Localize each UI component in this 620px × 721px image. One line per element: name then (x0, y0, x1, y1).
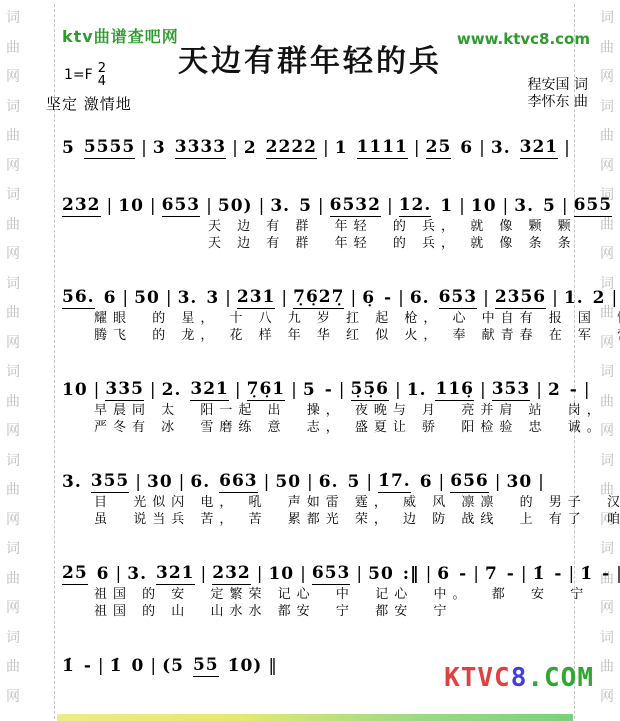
score-system: 3.355|30|6.663|50|6.5|1̇7.6|656|30|目 光似闪… (60, 461, 568, 527)
right-dashed-border (574, 4, 575, 719)
measure: 30 (507, 472, 533, 493)
barline: | (611, 288, 617, 309)
note-group: 50 (275, 472, 301, 493)
notation-row: 55555|33333|22222|11111|256|3.321| (60, 127, 568, 159)
measure: 335 (105, 379, 144, 401)
lyric-row: 祖国 的 山 山水水 都安 宁 都安 宁 (60, 604, 568, 619)
measure: 3.3 (178, 288, 220, 309)
tempo-marking: 坚定 激情地 (46, 93, 132, 114)
barline: | (503, 196, 509, 217)
barline: | (116, 564, 122, 585)
barline: | (495, 472, 501, 493)
barline: | (473, 564, 479, 585)
measure: 655 (574, 195, 613, 217)
note-group: 6 (104, 288, 117, 309)
watermark-char: 曲 (2, 653, 24, 683)
note-group: 5 (299, 196, 312, 217)
barline: | (395, 380, 401, 401)
note-group: 321 (190, 379, 229, 401)
measure: 6.653 (410, 287, 477, 309)
measure: 50:‖ (368, 564, 419, 585)
measure: 656 (450, 471, 489, 493)
score-system: 10|335|2.321|7̣6̣1|5-|5̣5̣6|1.116̣|353|2… (60, 369, 568, 435)
note-group: 1̇7. (378, 471, 411, 493)
barline: | (459, 196, 465, 217)
note-group: 1 (335, 138, 348, 159)
barline: | (536, 380, 542, 401)
lyric-row: 目 光似闪 电， 吼 声如雷 霆， 威 风 凛凛 的 男子 汉， (60, 495, 568, 510)
measure: 7̣6̣27̣ (293, 287, 344, 309)
note-group: 2222 (266, 137, 317, 159)
barline: | (426, 564, 432, 585)
measure: 33333 (153, 137, 226, 159)
barline: | (318, 196, 324, 217)
note-group: 1. (407, 380, 427, 401)
measure: 3.355 (62, 471, 129, 493)
note-group: - (602, 564, 610, 585)
measure: 5̣5̣6 (351, 379, 390, 401)
watermark-char: 曲 (2, 122, 24, 152)
measure: 22222 (244, 137, 317, 159)
note-group: 321 (156, 563, 195, 585)
note-group: 5̣5̣6 (351, 379, 390, 401)
note-group: - (84, 656, 92, 677)
note-group: 232 (212, 563, 251, 585)
barline: | (339, 380, 345, 401)
barline: | (225, 288, 231, 309)
barline: | (568, 564, 574, 585)
note-group: 25 (62, 563, 88, 585)
barline: | (179, 472, 185, 493)
measure: 2- (548, 380, 578, 401)
key-signature: 1=F 2 4 (64, 62, 106, 88)
composer-credit: 李怀东 曲 (528, 94, 588, 111)
note-group: 10 (118, 196, 144, 217)
note-group: 3 (153, 138, 166, 159)
note-group: 2356 (495, 287, 546, 309)
barline: | (291, 380, 297, 401)
measure: 50) (218, 196, 253, 217)
lyric-row: 严冬有 冰 雪磨练 意 志， 盛夏让 骄 阳检验 忠 诚。 (60, 420, 568, 435)
watermark-char: 网 (2, 152, 24, 182)
barline: | (479, 138, 485, 159)
lyric-row: 天 边 有 群 年轻 的 兵， 就 像 颗 颗 (60, 219, 568, 234)
measure: 3.321 (127, 563, 194, 585)
measure: 12.1 (399, 195, 453, 217)
lyric-row: 早晨同 太 阳一起 出 操， 夜晚与 月 亮并肩 站 岗， (60, 403, 568, 418)
note-group: 30 (507, 472, 533, 493)
barline: | (562, 196, 568, 217)
measure: 653 (162, 195, 201, 217)
measure: 10 (471, 196, 497, 217)
notation-row: 3.355|30|6.663|50|6.5|1̇7.6|656|30| (60, 461, 568, 493)
measure: 653 (312, 563, 351, 585)
watermark-char: 网 (596, 63, 618, 93)
measure: 6̣- (362, 288, 392, 309)
score-area: 55555|33333|22222|11111|256|3.321|232|10… (60, 127, 568, 703)
sheet-music-page: 词曲网词曲网词曲网词曲网词曲网词曲网词曲网词曲网 词曲网词曲网词曲网词曲网词曲网… (0, 0, 620, 721)
note-group: 5 (303, 380, 316, 401)
measure: 11111 (335, 137, 408, 159)
note-group: 653 (162, 195, 201, 217)
note-group: 3. (491, 138, 511, 159)
measure: 56.6 (62, 287, 116, 309)
barline: | (552, 288, 558, 309)
measure: 1̇0 (110, 656, 145, 677)
note-group: - (325, 380, 333, 401)
score-system: 256|3.321|232|10|653|50:‖|6-|7-|1̇-|1̇-|… (60, 553, 568, 619)
barline: | (414, 138, 420, 159)
watermark-char: 曲 (2, 388, 24, 418)
note-group: 2 (244, 138, 257, 159)
barline: | (480, 380, 486, 401)
measure: 231 (237, 287, 276, 309)
barline: | (350, 288, 356, 309)
measure: 3.5 (514, 196, 556, 217)
note-group: 3. (127, 564, 147, 585)
credits: 程安国 词 李怀东 曲 (528, 77, 588, 111)
note-group: 30 (147, 472, 173, 493)
measure: 7̣6̣1 (247, 379, 286, 401)
score-system: 56.6|50|3.3|231|7̣6̣27̣|6̣-|6.653|2356|1… (60, 277, 568, 343)
note-group: 7̣6̣27̣ (293, 287, 344, 309)
barline: | (584, 380, 590, 401)
note-group: 1̇ (580, 564, 593, 585)
barline: | (94, 380, 100, 401)
watermark-char: 曲 (2, 565, 24, 595)
lyricist-credit: 程安国 词 (528, 77, 588, 94)
key-label: 1=F (64, 67, 93, 83)
ktvc8-logo-link[interactable]: KTVC8.COM (444, 663, 594, 693)
bottom-gradient-bar (57, 714, 573, 721)
note-group: 6 (420, 472, 433, 493)
note-group: 1111 (357, 137, 408, 159)
lyric-row: 腾飞 的 龙， 花 样 年 华 红 似 火， 奉 献青春 在 军 营。 (60, 328, 568, 343)
logo-part-red: KTVC (444, 663, 511, 693)
barline: | (356, 564, 362, 585)
measure: 10 (62, 380, 88, 401)
barline: | (122, 288, 128, 309)
barline: | (366, 472, 372, 493)
barline: | (387, 196, 393, 217)
note-group: 10 (471, 196, 497, 217)
barline: ‖ (268, 656, 277, 677)
barline: | (150, 380, 156, 401)
barline: | (398, 288, 404, 309)
note-group: 50) (218, 196, 253, 217)
note-group: 6 (437, 564, 450, 585)
note-group: 3. (178, 288, 198, 309)
note-group: 2 (593, 288, 606, 309)
measure: 7- (485, 564, 515, 585)
watermark-left: 词曲网词曲网词曲网词曲网词曲网词曲网词曲网词曲网 (2, 4, 24, 712)
watermark-right: 词曲网词曲网词曲网词曲网词曲网词曲网词曲网词曲网 (596, 4, 618, 712)
note-group: 12. (399, 195, 432, 217)
measure: 2356 (495, 287, 546, 309)
note-group: 6532 (330, 195, 381, 217)
watermark-char: 词 (2, 270, 24, 300)
barline: | (166, 288, 172, 309)
measure: 6532 (330, 195, 381, 217)
watermark-char: 网 (596, 152, 618, 182)
note-group: 7̣6̣1 (247, 379, 286, 401)
measure: 1.2 (564, 288, 606, 309)
barline: | (98, 656, 104, 677)
note-group: 1̇ (533, 564, 546, 585)
watermark-char: 词 (2, 4, 24, 34)
note-group: 6. (410, 288, 430, 309)
note-group: 0 (131, 656, 144, 677)
measure: 6.663 (190, 471, 257, 493)
watermark-char: 词 (596, 358, 618, 388)
measure: 2.321 (162, 379, 229, 401)
measure: 1.116̣ (407, 379, 474, 401)
note-group: 5 (543, 196, 556, 217)
note-group: 10 (62, 380, 88, 401)
watermark-char: 词 (2, 181, 24, 211)
watermark-char: 曲 (2, 476, 24, 506)
watermark-char: 曲 (596, 122, 618, 152)
note-group: 56. (62, 287, 95, 309)
note-group: 1̇ (110, 656, 123, 677)
note-group: 5 (62, 138, 75, 159)
note-group: 6̣ (362, 288, 375, 309)
measure: 256 (62, 563, 110, 585)
barline: | (538, 472, 544, 493)
watermark-char: 网 (2, 63, 24, 93)
note-group: 1 (440, 196, 453, 217)
barline: | (206, 196, 212, 217)
watermark-char: 词 (2, 624, 24, 654)
note-group: 1̇0) (228, 656, 263, 677)
watermark-char: 网 (596, 240, 618, 270)
barline: | (521, 564, 527, 585)
notation-row: 56.6|50|3.3|231|7̣6̣27̣|6̣-|6.653|2356|1… (60, 277, 568, 309)
measure: (5551̇0) (162, 655, 262, 677)
watermark-char: 词 (2, 358, 24, 388)
watermark-char: 网 (2, 594, 24, 624)
watermark-char: 网 (2, 329, 24, 359)
note-group: 6. (319, 472, 339, 493)
watermark-char: 词 (2, 93, 24, 123)
watermark-char: 曲 (2, 299, 24, 329)
note-group: 5555 (84, 137, 135, 159)
note-group: 663 (219, 471, 258, 493)
note-group: 232 (62, 195, 101, 217)
note-group: 1̇ (62, 656, 75, 677)
barline: | (141, 138, 147, 159)
barline: | (483, 288, 489, 309)
note-group: 6 (460, 138, 473, 159)
note-group: - (554, 564, 562, 585)
lyric-row: 耀眼 的 星， 十 八 九 岁 扛 起 枪， 心 中自有 报 国 情。 (60, 311, 568, 326)
song-title: 天边有群年轻的兵 (110, 36, 510, 80)
note-group: 653 (439, 287, 478, 309)
watermark-char: 词 (2, 535, 24, 565)
note-group: 25 (426, 137, 452, 159)
measure: 3.5 (270, 196, 312, 217)
watermark-char: 曲 (2, 34, 24, 64)
measure: 5- (303, 380, 333, 401)
measure: 1̇7.6 (378, 471, 432, 493)
barline: | (564, 138, 570, 159)
note-group: 3. (514, 196, 534, 217)
notation-row: 232|10|653|50)|3.5|6532|12.1|10|3.5|655| (60, 185, 568, 217)
note-group: 321 (520, 137, 559, 159)
measure: 50 (275, 472, 301, 493)
note-group: 1. (564, 288, 584, 309)
watermark-char: 词 (2, 447, 24, 477)
note-group: 353 (492, 379, 531, 401)
barline: | (201, 564, 207, 585)
barline: | (235, 380, 241, 401)
watermark-char: 网 (2, 506, 24, 536)
measure: 256 (426, 137, 474, 159)
note-group: 655 (574, 195, 613, 217)
note-group: 10 (268, 564, 294, 585)
measure: 50 (134, 288, 160, 309)
watermark-char: 曲 (596, 653, 618, 683)
note-group: 355 (91, 471, 130, 493)
note-group: - (384, 288, 392, 309)
barline: | (259, 196, 265, 217)
measure: 55555 (62, 137, 135, 159)
note-group: - (570, 380, 578, 401)
barline: | (300, 564, 306, 585)
notation-row: 256|3.321|232|10|653|50:‖|6-|7-|1̇-|1̇-| (60, 553, 568, 585)
note-group: 3 (206, 288, 219, 309)
measure: 6.5 (319, 472, 361, 493)
note-group: - (507, 564, 515, 585)
logo-part-green: .COM (527, 663, 594, 693)
watermark-char: 词 (596, 624, 618, 654)
note-group: - (459, 564, 467, 585)
barline: | (232, 138, 238, 159)
score-system: 55555|33333|22222|11111|256|3.321| (60, 127, 568, 159)
note-group: 5 (348, 472, 361, 493)
measure: 1̇- (533, 564, 563, 585)
notation-row: 10|335|2.321|7̣6̣1|5-|5̣5̣6|1.116̣|353|2… (60, 369, 568, 401)
note-group: 3. (270, 196, 290, 217)
measure: 10 (118, 196, 144, 217)
barline: | (257, 564, 263, 585)
measure: 232 (212, 563, 251, 585)
note-group: 335 (105, 379, 144, 401)
note-group: 6. (190, 472, 210, 493)
watermark-char: 曲 (2, 211, 24, 241)
time-denominator: 4 (98, 75, 106, 88)
note-group: 231 (237, 287, 276, 309)
note-group: 3. (62, 472, 82, 493)
barline: | (264, 472, 270, 493)
measure: 6- (437, 564, 467, 585)
watermark-char: 曲 (596, 34, 618, 64)
measure: 10 (268, 564, 294, 585)
measure: 1̇- (580, 564, 610, 585)
watermark-char: 词 (596, 4, 618, 34)
measure: 353 (492, 379, 531, 401)
watermark-char: 网 (2, 417, 24, 447)
barline: | (150, 656, 156, 677)
barline: | (616, 564, 620, 585)
note-group: :‖ (403, 564, 420, 585)
logo-part-blue: 8 (511, 663, 528, 693)
lyric-row: 祖国 的 安 定繁荣 记心 中 记心 中。 都 安 宁 (60, 587, 568, 602)
note-group: 656 (450, 471, 489, 493)
note-group: 2. (162, 380, 182, 401)
time-signature: 2 4 (98, 62, 106, 88)
barline: | (307, 472, 313, 493)
watermark-char: 网 (596, 594, 618, 624)
measure: 1̇- (62, 656, 92, 677)
barline: | (150, 196, 156, 217)
measure: 232 (62, 195, 101, 217)
barline: | (439, 472, 445, 493)
lyric-row: 天 边 有 群 年轻 的 兵， 就 像 条 条 (60, 236, 568, 251)
watermark-char: 网 (2, 240, 24, 270)
note-group: 7 (485, 564, 498, 585)
note-group: 3333 (175, 137, 226, 159)
note-group: 50 (368, 564, 394, 585)
watermark-char: 词 (596, 535, 618, 565)
watermark-char: 网 (2, 683, 24, 713)
note-group: 116̣ (435, 379, 474, 401)
barline: | (135, 472, 141, 493)
watermark-char: 网 (596, 683, 618, 713)
note-group: 653 (312, 563, 351, 585)
lyric-row: 虽 说当兵 苦， 苦 累都光 荣， 边 防 战线 上 有了 咱， (60, 512, 568, 527)
note-group: 55 (193, 655, 219, 677)
note-group: (5 (162, 656, 184, 677)
measure: 30 (147, 472, 173, 493)
barline: | (323, 138, 329, 159)
barline: | (281, 288, 287, 309)
note-group: 50 (134, 288, 160, 309)
note-group: 6 (97, 564, 110, 585)
watermark-char: 词 (596, 93, 618, 123)
measure: 3.321 (491, 137, 558, 159)
score-system: 232|10|653|50)|3.5|6532|12.1|10|3.5|655|… (60, 185, 568, 251)
note-group: 2 (548, 380, 561, 401)
watermark-char: 词 (596, 447, 618, 477)
barline: | (107, 196, 113, 217)
